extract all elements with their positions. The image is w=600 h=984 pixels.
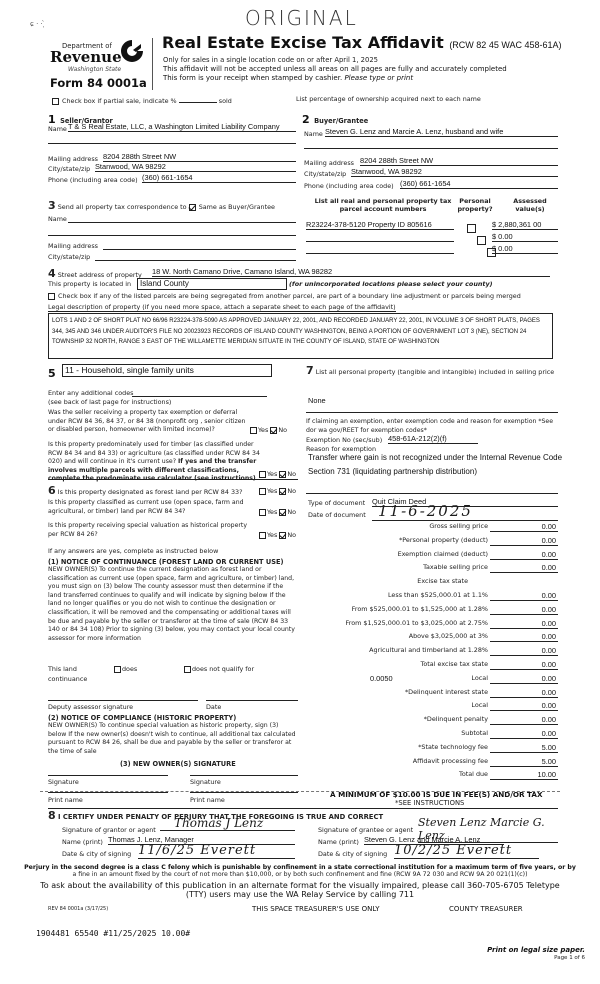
buyer-name-line-2[interactable]	[304, 148, 558, 149]
tax-row-line	[490, 655, 558, 656]
exemption-no-label: Exemption No (sec/sub)	[306, 436, 382, 444]
current-use-yes-checkbox[interactable]	[259, 509, 266, 516]
parcel-col-header: List all real and personal property tax …	[308, 197, 458, 213]
form-number: Form 84 0001a	[50, 76, 147, 90]
tax-row-label: Agricultural and timberland at 1.28%	[369, 646, 488, 654]
see-instructions-note: *SEE INSTRUCTIONS	[395, 799, 464, 807]
print-name-label-2: Print name	[190, 796, 225, 804]
deputy-signature-field[interactable]	[48, 700, 198, 701]
reason-field-line-1[interactable]: Transfer where gain is not recognized un…	[308, 453, 562, 462]
yes-label: Yes	[267, 508, 277, 516]
segregate-checkbox[interactable]	[48, 293, 55, 300]
grantee-date-field[interactable]: 10/2/25 Everett	[394, 843, 539, 859]
buyer-phone-field[interactable]: (360) 661-1654	[400, 179, 558, 189]
buyer-name-field[interactable]: Steven G. Lenz and Marcie A. Lenz, husba…	[325, 127, 558, 137]
historic-question: Is this property receiving special valua…	[48, 522, 248, 539]
tax-row-line	[490, 545, 558, 546]
corr-city-field[interactable]	[95, 260, 296, 261]
exemption-note: If claiming an exemption, enter exemptio…	[306, 418, 558, 435]
partial-sale-label: Check box if partial sale, indicate %	[62, 97, 177, 105]
tax-row-value[interactable]: 0.00	[542, 688, 556, 697]
historic-no-checkbox[interactable]	[279, 532, 286, 539]
seller-mailing-label: Mailing address	[48, 155, 98, 163]
grantor-sig-label: Signature of grantor or agent	[62, 826, 156, 834]
signature-label-2: Signature	[190, 778, 221, 786]
tax-row: Exemption claimed (deduct)0.00	[300, 550, 558, 562]
continuance-label: continuance	[48, 675, 87, 683]
owner-print-name-2[interactable]	[190, 792, 298, 793]
tax-row-value[interactable]: 0.00	[542, 522, 556, 531]
street-row: 4 Street address of property	[48, 267, 142, 280]
header-divider	[152, 38, 153, 90]
partial-percent-field[interactable]	[179, 95, 217, 103]
header-line-2: This affidavit will not be accepted unle…	[163, 65, 507, 73]
grantee-date-label: Date & city of signing	[318, 850, 387, 858]
current-use-yes-no: Yes No	[259, 508, 296, 516]
deputy-sig-label: Deputy assessor signature	[48, 703, 133, 711]
tax-row: Taxable selling price0.00	[300, 563, 558, 575]
tax-row-label: Taxable selling price	[423, 563, 488, 571]
this-land-label: This land	[48, 665, 77, 673]
personal-property-checkbox[interactable]	[467, 224, 476, 233]
personal-property-label: List all personal property (tangible and…	[316, 368, 555, 376]
tax-row: Total excise tax state0.00	[300, 660, 558, 672]
no-label: No	[287, 531, 296, 539]
exemption-no-checkbox[interactable]	[270, 427, 277, 434]
tax-row: Above $3,025,000 at 3%0.00	[300, 632, 558, 644]
yes-label: Yes	[267, 487, 277, 495]
reason-label: Reason for exemption	[306, 445, 376, 453]
forest-no-checkbox[interactable]	[279, 488, 286, 495]
tax-row-value[interactable]: 0.00	[542, 701, 556, 710]
buyer-city-label: City/state/zip	[304, 170, 346, 178]
tax-row-label: *Delinquent interest state	[405, 688, 488, 696]
no-label: No	[287, 470, 296, 478]
tax-row: Local0.00	[300, 701, 558, 713]
tax-row-value[interactable]: 0.00	[542, 563, 556, 572]
owner-print-name-1[interactable]	[48, 792, 168, 793]
yes-label: Yes	[267, 470, 277, 478]
ownership-note: List percentage of ownership acquired ne…	[296, 95, 481, 103]
deputy-date-label: Date	[206, 703, 221, 711]
tax-row: Total due10.00	[300, 770, 558, 782]
exemption-question: Was the seller receiving a property tax …	[48, 409, 253, 435]
tax-row-label: From $1,525,000.01 to $3,025,000 at 2.75…	[346, 619, 488, 627]
tax-row-line	[490, 559, 558, 560]
no-label: No	[287, 508, 296, 516]
tax-row-line	[490, 697, 558, 698]
doc-date-label: Date of document	[308, 511, 366, 519]
tax-row-label: Total excise tax state	[421, 660, 488, 668]
correspondence-row: 3 Send all property tax correspondence t…	[48, 199, 275, 212]
assessed-col-header: Assessed value(s)	[500, 197, 560, 213]
deputy-date-field[interactable]	[206, 700, 298, 701]
tax-row-label: Affidavit processing fee	[413, 757, 488, 765]
tax-row-line	[490, 724, 558, 725]
tax-row: Excise tax state	[300, 577, 558, 589]
tax-row-value[interactable]: 5.00	[542, 757, 556, 766]
tax-row-line	[490, 628, 558, 629]
corr-city-label: City/state/zip	[48, 253, 90, 261]
tax-row: *Delinquent interest state0.00	[300, 688, 558, 700]
corr-mailing-field[interactable]	[103, 249, 296, 250]
historic-yes-no: Yes No	[259, 531, 296, 539]
personal-col-header: Personal property?	[455, 197, 495, 213]
historic-yes-checkbox[interactable]	[259, 532, 266, 539]
tax-row-value[interactable]: 0.00	[542, 646, 556, 655]
partial-sale-checkbox[interactable]	[52, 98, 59, 105]
grantor-date-field[interactable]: 11/6/25 Everett	[138, 843, 295, 859]
tax-row: From $1,525,000.01 to $3,025,000 at 2.75…	[300, 619, 558, 631]
same-as-buyer-checkbox[interactable]	[189, 204, 196, 211]
buyer-mailing-label: Mailing address	[304, 159, 354, 167]
tax-row-value[interactable]: 0.00	[542, 536, 556, 545]
treasurer-use-label: THIS SPACE TREASURER'S USE ONLY	[252, 905, 380, 913]
tax-row: Affidavit processing fee5.00	[300, 757, 558, 769]
grantor-name-label: Name (print)	[62, 838, 103, 846]
does-not-label: does not qualify for	[192, 665, 254, 673]
county-select[interactable]: Island County	[137, 278, 287, 290]
header-line-3: This form is your receipt when stamped b…	[163, 74, 413, 82]
parcel-number-field[interactable]: R23224-378-5120 Property ID 805616	[306, 220, 454, 230]
minimum-due-note: A MINIMUM OF $10.00 IS DUE IN FEE(S) AND…	[330, 790, 543, 799]
timber-no-checkbox[interactable]	[279, 471, 286, 478]
forest-yes-checkbox[interactable]	[259, 488, 266, 495]
partial-sale-row: Check box if partial sale, indicate % so…	[52, 95, 232, 105]
tax-row: Less than $525,000.01 at 1.1%0.00	[300, 591, 558, 603]
notice-continuance-title: (1) NOTICE OF CONTINUANCE (FOREST LAND O…	[48, 558, 283, 566]
personal-property-field[interactable]: None	[308, 396, 326, 405]
header-line-3b: Please type or print	[344, 74, 413, 82]
tax-row-line	[490, 614, 558, 615]
corr-name-label: Name	[48, 215, 67, 223]
current-use-question: Is this property classified as current u…	[48, 499, 248, 516]
does-qualify-checkbox[interactable]	[114, 666, 121, 673]
tax-row-value[interactable]: 0.00	[542, 605, 556, 614]
grantee-name-label: Name (print)	[318, 838, 359, 846]
section-number: 5	[48, 367, 56, 380]
forest-question-row: 6 Is this property designated as forest …	[48, 484, 243, 497]
parcel-number-field[interactable]	[306, 232, 454, 242]
header-line-1: Only for sales in a single location code…	[163, 56, 378, 64]
tax-row: *State technology fee5.00	[300, 743, 558, 755]
perjury-line-2: a fine in an amount fixed by the court o…	[0, 871, 600, 878]
tax-row-label: Subtotal	[461, 729, 488, 737]
doc-date-field[interactable]: 11-6-2025	[372, 502, 558, 521]
seller-name-line-2[interactable]	[48, 143, 296, 144]
tax-row-label: *Delinquent penalty	[424, 715, 488, 723]
timber-question: Is this property predominately used for …	[48, 441, 263, 484]
no-label: No	[278, 426, 287, 434]
tax-row-label: Above $3,025,000 at 3%	[409, 632, 488, 640]
grantor-signature-field[interactable]: Thomas J Lenz	[160, 816, 295, 831]
street-label: Street address of property	[58, 271, 142, 279]
buyer-city-field[interactable]: Stanwood, WA 98292	[351, 167, 558, 177]
tax-row-label: *State technology fee	[418, 743, 488, 751]
land-use-row: 5	[48, 364, 56, 382]
tax-row-value[interactable]: 10.00	[538, 770, 557, 779]
does-not-qualify-checkbox[interactable]	[184, 666, 191, 673]
buyer-name-label: Name	[304, 130, 323, 138]
notice-continuance-body: NEW OWNER(S) To continue the current des…	[48, 566, 298, 643]
county-note: (for unincorporated locations please sel…	[289, 280, 493, 288]
logo-state: Washington State	[68, 66, 121, 73]
assessed-value-field[interactable]: $ 0.00	[492, 244, 558, 254]
personal-property-row: 7 List all personal property (tangible a…	[306, 366, 558, 377]
tax-row-value[interactable]: 0.00	[542, 632, 556, 641]
tax-row-label: Excise tax state	[417, 577, 468, 585]
forest-yes-no: Yes No	[259, 487, 296, 495]
tax-row: Subtotal0.00	[300, 729, 558, 741]
legal-desc-label: Legal description of property (if you ne…	[48, 303, 396, 312]
same-as-buyer-label: Same as Buyer/Grantee	[199, 203, 275, 211]
tax-row: *Delinquent penalty0.00	[300, 715, 558, 727]
section-number: 6	[48, 484, 56, 497]
tax-row-value[interactable]: 5.00	[542, 743, 556, 752]
land-use-code-select[interactable]: 11 - Household, single family units	[62, 364, 272, 377]
grantee-sig-label: Signature of grantee or agent	[318, 826, 413, 834]
print-name-label-1: Print name	[48, 796, 83, 804]
tax-row-label: Less than $525,000.01 at 1.1%	[388, 591, 488, 599]
tax-row-line	[490, 669, 558, 670]
assessed-value-field[interactable]: $ 2,880,361 00	[492, 220, 558, 230]
current-use-no-checkbox[interactable]	[279, 509, 286, 516]
corr-name-line-2[interactable]	[48, 235, 296, 236]
tax-row-label: Local	[471, 674, 488, 682]
tax-row-value[interactable]: 0.00	[542, 660, 556, 669]
form-title: Real Estate Excise Tax Affidavit (RCW 82…	[162, 33, 562, 52]
additional-codes-note: (see back of last page for instructions)	[48, 398, 171, 406]
seller-phone-field[interactable]: (360) 661-1654	[142, 173, 296, 183]
tax-row-line	[490, 572, 558, 573]
buyer-section-heading: 2 Buyer/Grantee	[302, 110, 368, 128]
segregate-row: Check box if any of the listed parcels a…	[48, 292, 521, 300]
personal-property-line	[306, 412, 558, 413]
original-stamp: ORIGINAL	[245, 6, 358, 30]
tax-row-line	[490, 531, 558, 532]
reason-field-line-2[interactable]: Section 731 (liquidating partnership dis…	[308, 467, 477, 476]
forest-question: Is this property designated as forest la…	[58, 488, 243, 496]
revision-label: REV 84 0001a (3/17/25)	[48, 906, 108, 912]
tax-row-line	[490, 600, 558, 601]
segregate-label: Check box if any of the listed parcels a…	[58, 292, 521, 300]
tax-row-value[interactable]: 0.00	[542, 729, 556, 738]
tax-row: Agricultural and timberland at 1.28%0.00	[300, 646, 558, 658]
section-divider	[48, 479, 298, 480]
revenue-swoosh-icon	[119, 38, 145, 64]
tax-row-label: From $525,000.01 to $1,525,000 at 1.28%	[352, 605, 488, 613]
seller-city-field[interactable]: Stanwood, WA 98292	[95, 162, 296, 172]
legal-description-field[interactable]: LOTS 1 AND 2 OF SHORT PLAT NO 66/96 R232…	[48, 313, 553, 359]
exemption-yes-no: Yes No	[250, 426, 287, 434]
signature-label-1: Signature	[48, 778, 79, 786]
owner-signature-1[interactable]	[48, 775, 168, 776]
does-label: does	[122, 665, 137, 673]
located-label: This property is located in	[48, 280, 131, 288]
perjury-line-1: Perjury in the second degree is a class …	[0, 864, 600, 871]
tax-row: *Personal property (deduct)0.00	[300, 536, 558, 548]
section-heading: Buyer/Grantee	[314, 117, 368, 125]
title-text: Real Estate Excise Tax Affidavit	[162, 33, 444, 52]
seller-name-field[interactable]: T & S Real Estate, LLC, a Washington Lim…	[68, 122, 296, 132]
seller-name-label: Name	[48, 125, 67, 133]
tax-row-line	[490, 641, 558, 642]
street-address-field[interactable]: 18 W. North Camano Drive, Camano Island,…	[152, 267, 550, 277]
tax-row: Local0.00500.00	[300, 674, 558, 686]
tax-row-label: Total due	[459, 770, 488, 778]
tax-row-label: Local	[471, 701, 488, 709]
additional-codes-label: Enter any additional codes	[48, 389, 133, 397]
tax-row-value[interactable]: 0.00	[542, 591, 556, 600]
personal-property-checkbox[interactable]	[477, 236, 486, 245]
seller-phone-label: Phone (including area code)	[48, 176, 138, 184]
tax-row-value[interactable]: 0.00	[542, 619, 556, 628]
logo-revenue: Revenue	[50, 48, 122, 66]
section-number: 7	[306, 364, 314, 377]
section-number: 8	[48, 809, 56, 822]
title-ref: (RCW 82 45 WAC 458-61A)	[449, 40, 561, 50]
corr-mailing-label: Mailing address	[48, 242, 98, 250]
tax-row-line	[490, 683, 558, 684]
partial-sale-sold: sold	[219, 97, 232, 105]
tax-row-line	[490, 766, 558, 767]
alt-format-line-1: To ask about the availability of this pu…	[0, 881, 600, 890]
yes-label: Yes	[267, 531, 277, 539]
cashier-receipt-stamp: 1904481 65540 #11/25/2025 10.00#	[36, 929, 190, 938]
notice-compliance-title: (2) NOTICE OF COMPLIANCE (HISTORIC PROPE…	[48, 714, 236, 722]
yes-label: Yes	[258, 426, 268, 434]
alt-format-line-2: (TTY) users may use the WA Relay Service…	[0, 890, 600, 899]
county-treasurer-label: COUNTY TREASURER	[449, 905, 523, 913]
tax-row: Gross selling price0.00	[300, 522, 558, 534]
tax-row-value[interactable]: 0.00	[542, 550, 556, 559]
scan-marks: ɕ · · ̀ͅ	[30, 20, 45, 28]
parcel-number-field[interactable]	[306, 244, 454, 254]
corr-name-field[interactable]	[68, 222, 296, 223]
header-line-3a: This form is your receipt when stamped b…	[163, 74, 342, 82]
buyer-phone-label: Phone (including area code)	[304, 182, 394, 190]
no-label: No	[287, 487, 296, 495]
tax-row-value[interactable]: 0.00	[542, 715, 556, 724]
yes-note: If any answers are yes, complete as inst…	[48, 547, 218, 555]
does-option: does	[114, 665, 137, 673]
seller-mailing-field[interactable]: 8204 288th Street NW	[103, 152, 296, 162]
timber-yes-no: Yes No	[259, 470, 296, 478]
local-rate: 0.0050	[370, 674, 393, 683]
tax-row-label: *Personal property (deduct)	[399, 536, 488, 544]
tax-row-line	[490, 779, 558, 780]
notice-compliance-body: NEW OWNER(S) To continue special valuati…	[48, 722, 298, 756]
tax-row-label: Exemption claimed (deduct)	[398, 550, 488, 558]
grantor-date-label: Date & city of signing	[62, 850, 131, 858]
tax-row-label: Gross selling price	[429, 522, 488, 530]
exemption-yes-checkbox[interactable]	[250, 427, 257, 434]
seller-city-label: City/state/zip	[48, 165, 90, 173]
tax-row-line	[490, 738, 558, 739]
tax-row: From $525,000.01 to $1,525,000 at 1.28%0…	[300, 605, 558, 617]
section-number: 2	[302, 113, 310, 126]
does-not-option: does not qualify for	[184, 665, 254, 673]
buyer-mailing-field[interactable]: 8204 288th Street NW	[360, 156, 558, 166]
section-number: 4	[48, 267, 56, 280]
doc-type-label: Type of document	[308, 499, 365, 507]
assessed-value-field[interactable]: $ 0.00	[492, 232, 558, 242]
exemption-no-field[interactable]: 458-61A-212(2)(f)	[388, 434, 478, 444]
reason-line	[306, 493, 558, 494]
owner-signature-2[interactable]	[190, 775, 298, 776]
page-number: Page 1 of 6	[554, 955, 585, 961]
print-legal-note: Print on legal size paper.	[487, 946, 585, 954]
new-owner-sig-title: (3) NEW OWNER(S) SIGNATURE	[120, 760, 236, 768]
additional-codes-field[interactable]	[132, 396, 267, 397]
tax-row-value[interactable]: 0.00	[542, 674, 556, 683]
tax-row-line	[490, 710, 558, 711]
timber-yes-checkbox[interactable]	[259, 471, 266, 478]
section-number: 3	[48, 199, 56, 212]
correspondence-label: Send all property tax correspondence to	[58, 203, 187, 211]
tax-row-line	[490, 752, 558, 753]
